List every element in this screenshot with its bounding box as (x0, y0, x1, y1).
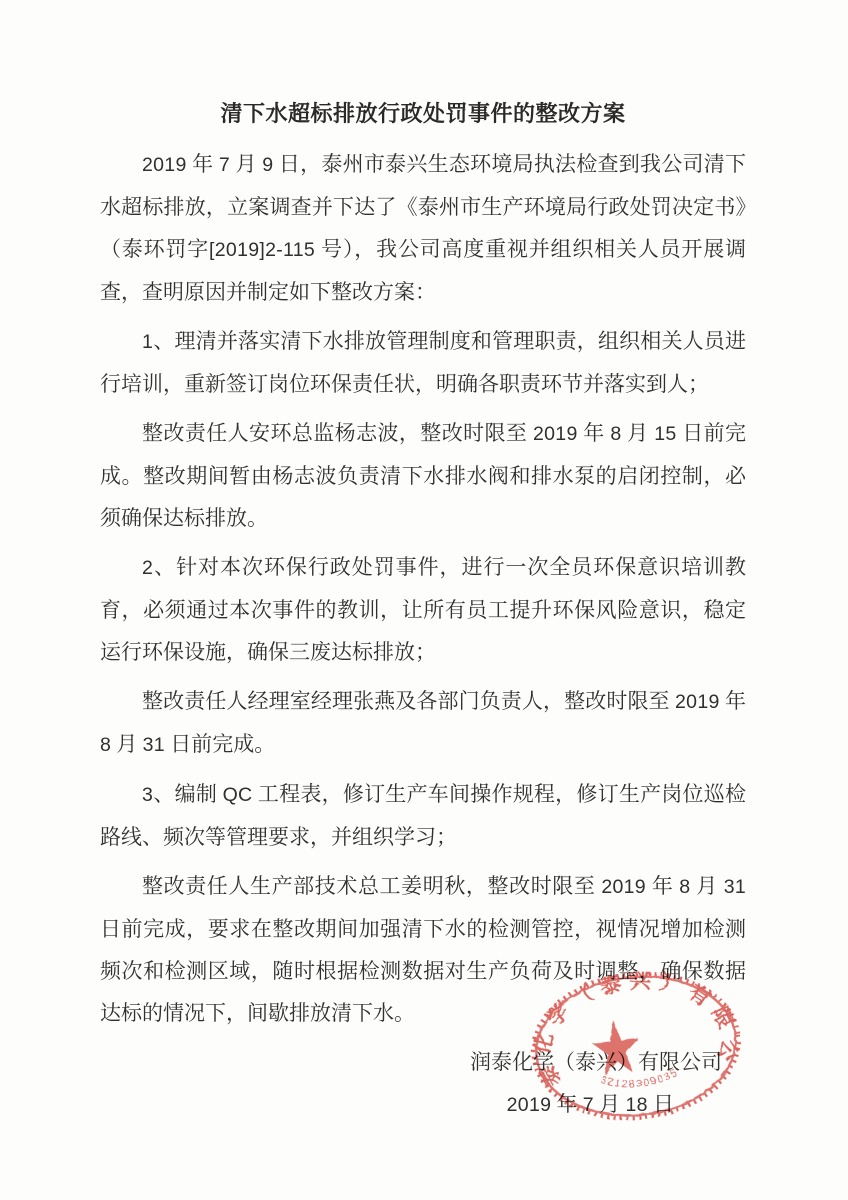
signature-date: 2019 年 7 月 18 日 (100, 1083, 746, 1126)
paragraph-item-1: 1、理清并落实清下水排放管理制度和管理职责，组织相关人员进行培训，重新签订岗位环… (100, 320, 746, 405)
scanned-document-page: 清下水超标排放行政处罚事件的整改方案 2019 年 7 月 9 日，泰州市泰兴生… (0, 0, 848, 1200)
document-body: 2019 年 7 月 9 日，泰州市泰兴生态环境局执法检查到我公司清下水超标排放… (100, 143, 746, 1034)
paragraph-item-3: 3、编制 QC 工程表，修订生产车间操作规程，修订生产岗位巡检路线、频次等管理要… (100, 773, 746, 858)
paragraph-item-2: 2、针对本次环保行政处罚事件，进行一次全员环保意识培训教育，必须通过本次事件的教… (100, 546, 746, 673)
paragraph-item-3-owner: 整改责任人生产部技术总工姜明秋，整改时限至 2019 年 8 月 31 日前完成… (100, 865, 746, 1034)
page-title: 清下水超标排放行政处罚事件的整改方案 (100, 93, 746, 135)
paragraph-intro: 2019 年 7 月 9 日，泰州市泰兴生态环境局执法检查到我公司清下水超标排放… (100, 143, 746, 313)
signature-company: 润泰化学（泰兴）有限公司 (100, 1041, 746, 1083)
paragraph-item-2-owner: 整改责任人经理室经理张燕及各部门负责人，整改时限至 2019 年 8 月 31 … (100, 680, 746, 766)
paragraph-item-1-owner: 整改责任人安环总监杨志波，整改时限至 2019 年 8 月 15 日前完成。整改… (100, 412, 746, 539)
document-content: 清下水超标排放行政处罚事件的整改方案 2019 年 7 月 9 日，泰州市泰兴生… (100, 93, 746, 1126)
